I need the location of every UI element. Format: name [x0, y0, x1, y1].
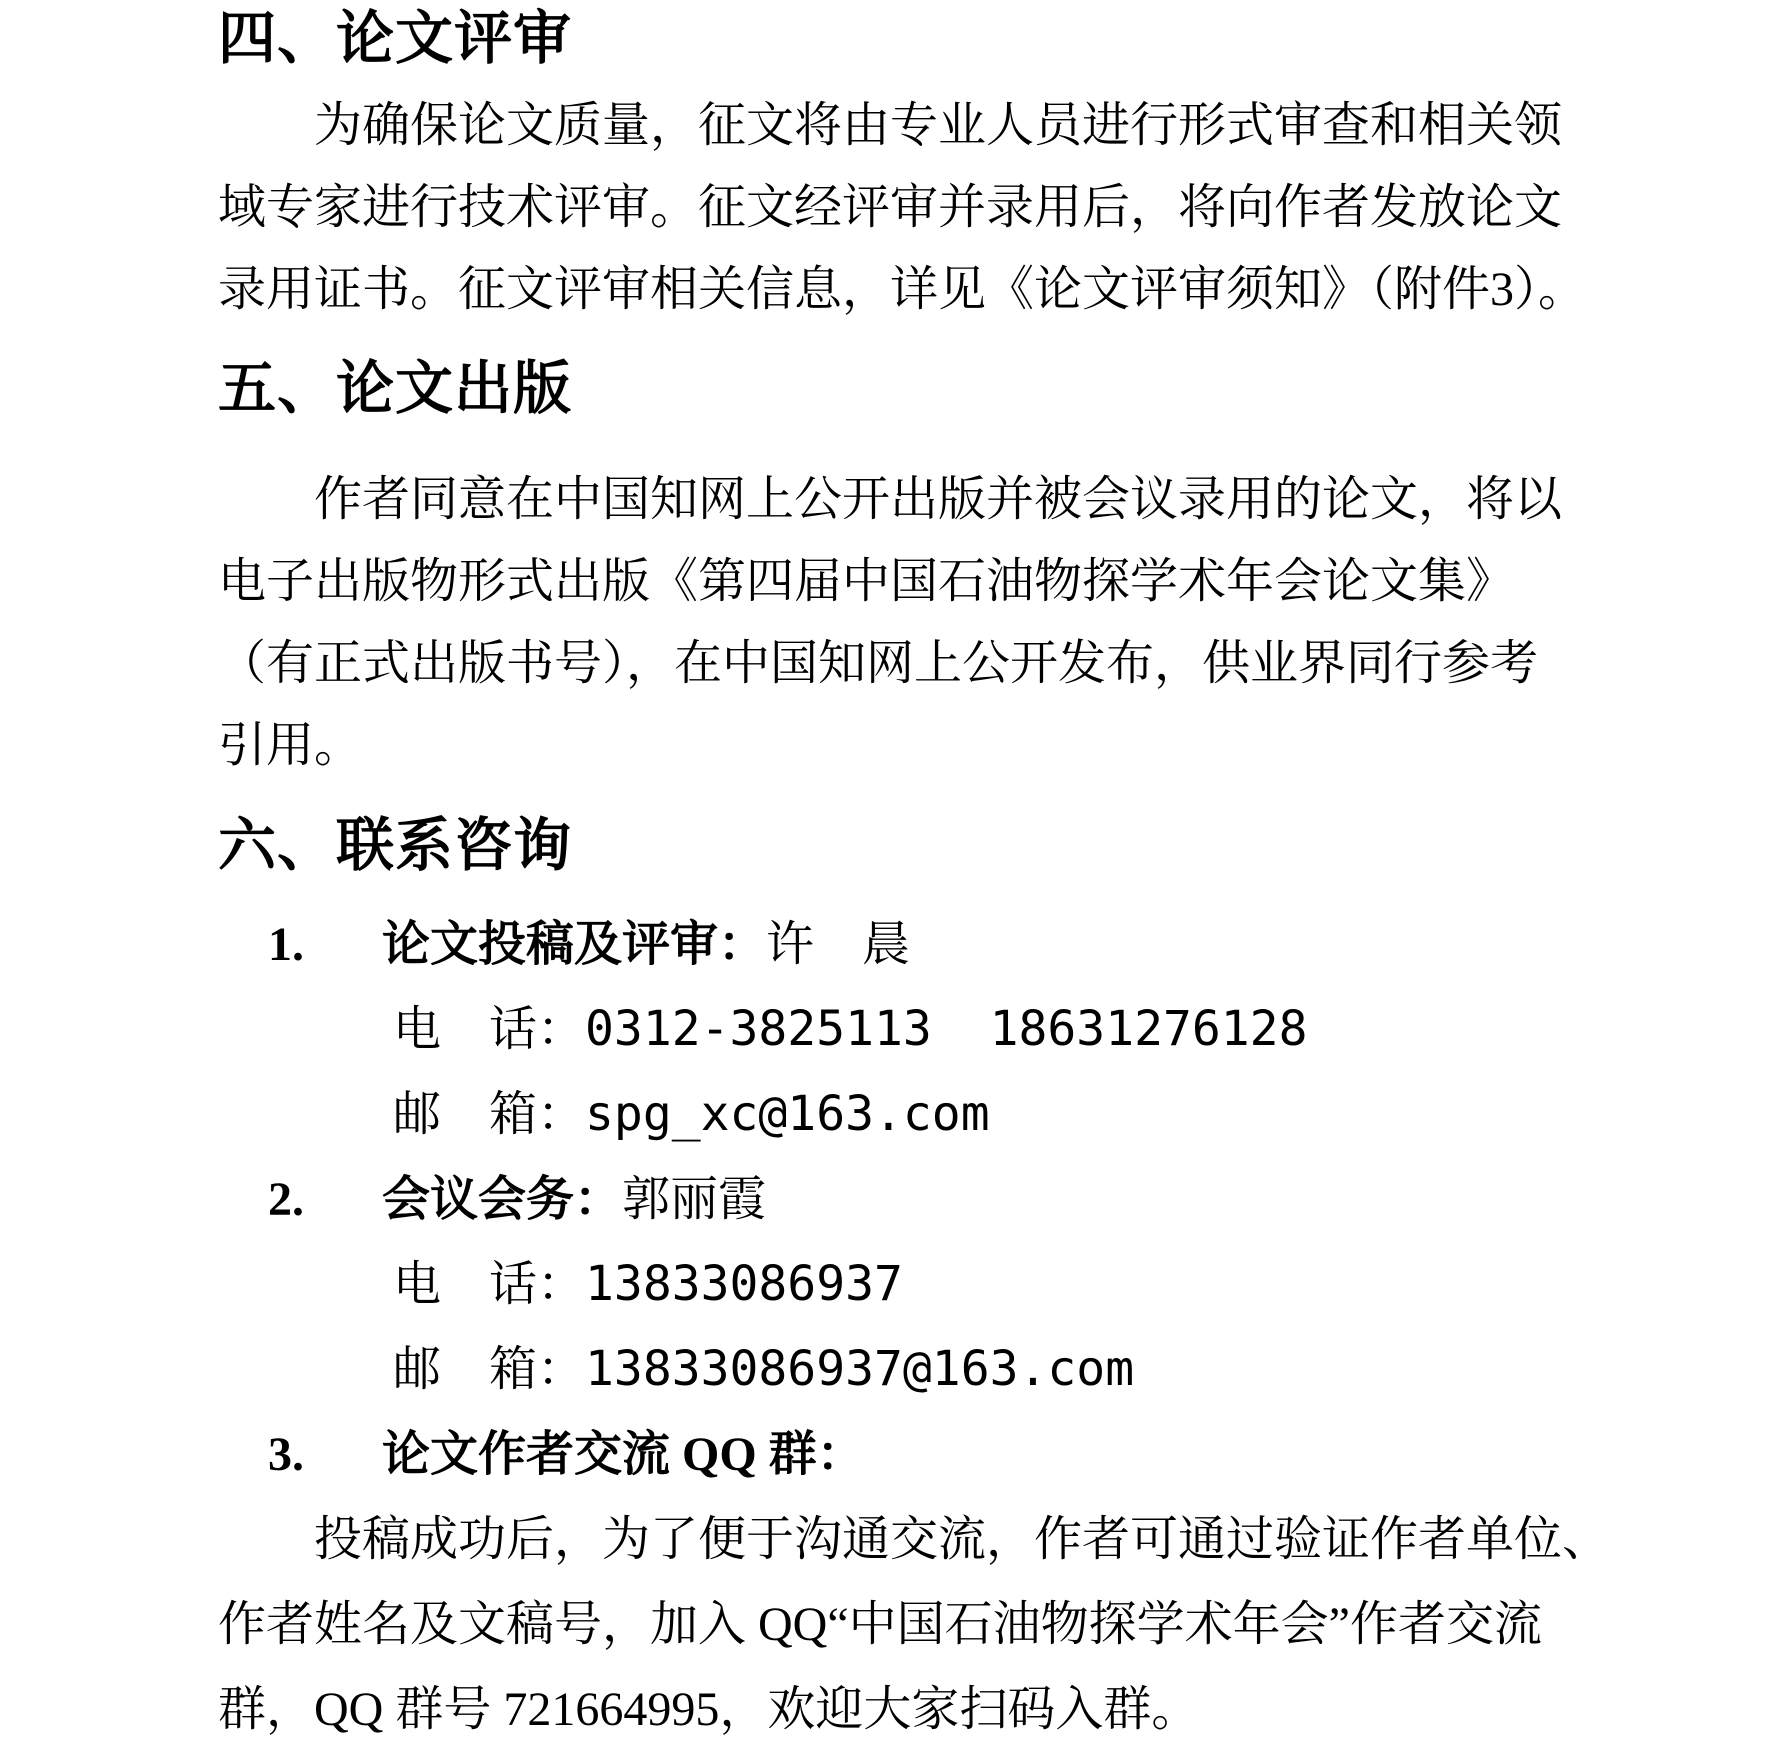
- phone-number: 13833086937: [585, 1256, 903, 1312]
- item-number: 3.: [268, 1412, 382, 1497]
- phone-label: 电 话：: [393, 1258, 585, 1311]
- section-heading-contact: 六、联系咨询: [218, 815, 1584, 877]
- contact-name: 郭丽霞: [622, 1173, 766, 1226]
- paragraph-line: 投稿成功后，为了便于沟通交流，作者可通过验证作者单位、: [218, 1497, 1568, 1582]
- paper-publication-paragraph: 作者同意在中国知网上公开出版并被会议录用的论文，将以 电子出版物形式出版《第四届…: [218, 459, 1568, 787]
- contact-item-submission: 1.论文投稿及评审：许 晨: [218, 902, 1568, 987]
- email-label: 邮 箱：: [393, 1343, 585, 1396]
- email-row: 邮 箱：spg_xc@163.com: [218, 1072, 1568, 1157]
- paper-review-paragraph: 为确保论文质量，征文将由专业人员进行形式审查和相关领 域专家进行技术评审。征文经…: [218, 85, 1568, 331]
- email-row: 邮 箱：13833086937@163.com: [218, 1327, 1568, 1412]
- qq-group-paragraph: 投稿成功后，为了便于沟通交流，作者可通过验证作者单位、 作者姓名及文稿号，加入 …: [218, 1497, 1568, 1745]
- document-page: 四、论文评审 为确保论文质量，征文将由专业人员进行形式审查和相关领 域专家进行技…: [0, 0, 1784, 1745]
- email-address: spg_xc@163.com: [585, 1086, 990, 1142]
- phone-label: 电 话：: [393, 1003, 585, 1056]
- paragraph-line: 域专家进行技术评审。征文经评审并录用后，将向作者发放论文: [218, 167, 1568, 249]
- section-heading-paper-review: 四、论文评审: [218, 8, 1584, 70]
- phone-number: 0312-3825113 18631276128: [585, 1001, 1307, 1057]
- item-number: 2.: [268, 1157, 382, 1242]
- contact-item-qq-group: 3.论文作者交流 QQ 群：: [218, 1412, 1568, 1497]
- email-label: 邮 箱：: [393, 1088, 585, 1141]
- contact-name: 许 晨: [766, 918, 910, 971]
- phone-row: 电 话：0312-3825113 18631276128: [218, 987, 1568, 1072]
- paragraph-line: 为确保论文质量，征文将由专业人员进行形式审查和相关领: [218, 85, 1568, 167]
- phone-row: 电 话：13833086937: [218, 1242, 1568, 1327]
- contact-list: 1.论文投稿及评审：许 晨 电 话：0312-3825113 186312761…: [218, 902, 1568, 1497]
- contact-label: 论文作者交流 QQ 群：: [382, 1428, 865, 1481]
- email-address: 13833086937@163.com: [585, 1341, 1134, 1397]
- section-heading-paper-publication: 五、论文出版: [218, 358, 1584, 420]
- paragraph-line: 电子出版物形式出版《第四届中国石油物探学术年会论文集》: [218, 541, 1568, 623]
- paragraph-line: 群，QQ 群号 721664995，欢迎大家扫码入群。: [218, 1667, 1568, 1745]
- paragraph-line: 引用。: [218, 705, 1568, 787]
- paragraph-line: 作者姓名及文稿号，加入 QQ“中国石油物探学术年会”作者交流: [218, 1582, 1568, 1667]
- item-number: 1.: [268, 902, 382, 987]
- contact-label: 会议会务：: [382, 1173, 622, 1226]
- contact-label: 论文投稿及评审：: [382, 918, 766, 971]
- contact-item-conference-affairs: 2.会议会务：郭丽霞: [218, 1157, 1568, 1242]
- paragraph-line: 录用证书。征文评审相关信息，详见《论文评审须知》（附件3）。: [218, 249, 1568, 331]
- paragraph-line: 作者同意在中国知网上公开出版并被会议录用的论文，将以: [218, 459, 1568, 541]
- paragraph-line: （有正式出版书号），在中国知网上公开发布，供业界同行参考: [218, 623, 1568, 705]
